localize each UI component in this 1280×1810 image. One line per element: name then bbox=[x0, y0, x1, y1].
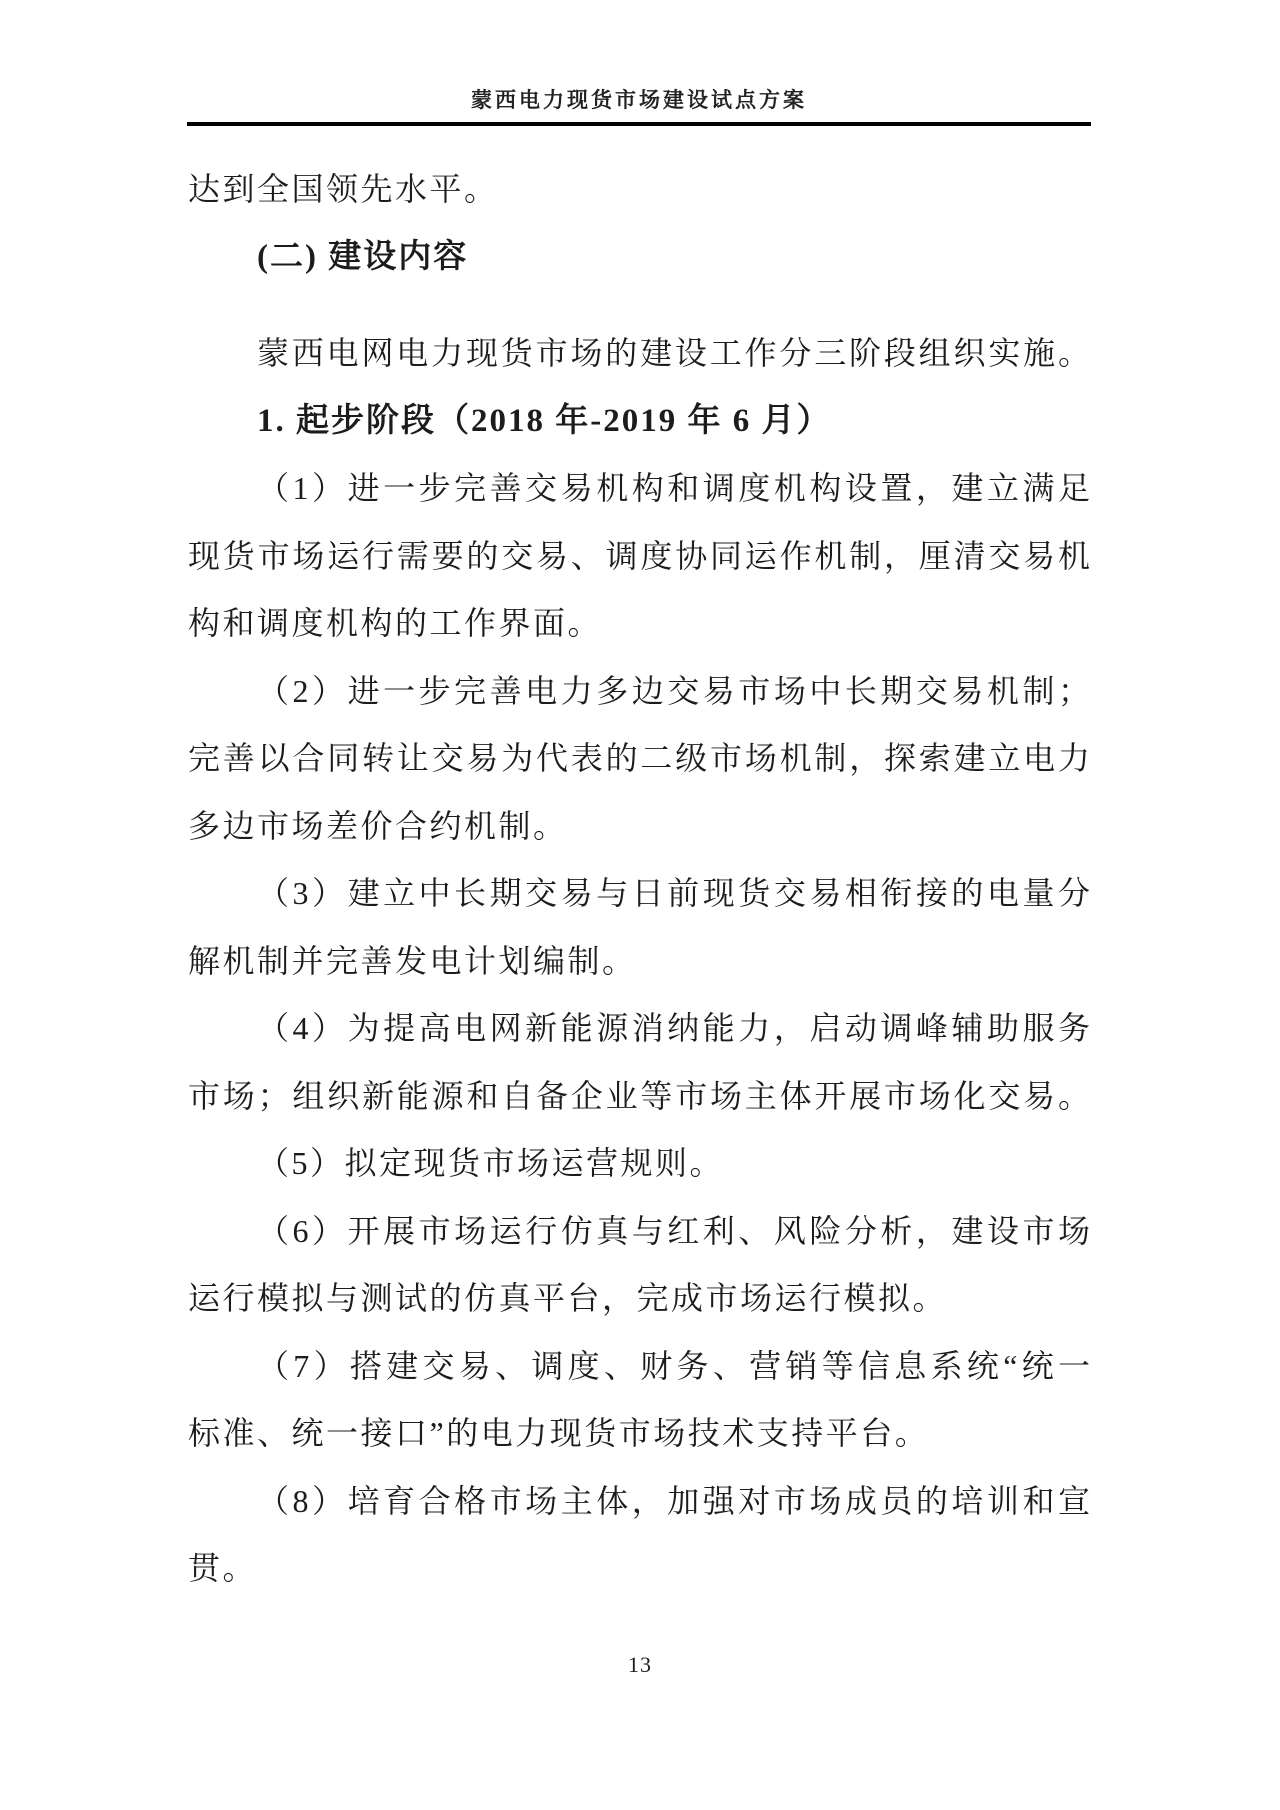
text-line: 贯。 bbox=[188, 1535, 1090, 1603]
text-line: 达到全国领先水平。 bbox=[188, 156, 1090, 224]
text-line: 完善以合同转让交易为代表的二级市场机制，探索建立电力 bbox=[188, 725, 1090, 793]
text-line: 蒙西电网电力现货市场的建设工作分三阶段组织实施。 bbox=[188, 320, 1090, 388]
page-number: 13 bbox=[628, 1652, 652, 1677]
text-line: （1）进一步完善交易机构和调度机构设置，建立满足 bbox=[188, 455, 1090, 523]
running-header-title: 蒙西电力现货市场建设试点方案 bbox=[471, 88, 807, 112]
body-paragraph: （1）进一步完善交易机构和调度机构设置，建立满足现货市场运行需要的交易、调度协同… bbox=[188, 455, 1090, 658]
text-line: （4）为提高电网新能源消纳能力，启动调峰辅助服务 bbox=[188, 995, 1090, 1063]
text-line: （5）拟定现货市场运营规则。 bbox=[188, 1130, 1090, 1198]
section-heading: (二) 建设内容 bbox=[188, 224, 1090, 292]
body-paragraph: 达到全国领先水平。 bbox=[188, 156, 1090, 224]
text-line: 市场；组织新能源和自备企业等市场主体开展市场化交易。 bbox=[188, 1063, 1090, 1131]
body-paragraph: （8）培育合格市场主体，加强对市场成员的培训和宣贯。 bbox=[188, 1468, 1090, 1603]
text-line: （3）建立中长期交易与日前现货交易相衔接的电量分 bbox=[188, 860, 1090, 928]
header-rule bbox=[187, 122, 1091, 126]
body-paragraph: （6）开展市场运行仿真与红利、风险分析，建设市场运行模拟与测试的仿真平台，完成市… bbox=[188, 1198, 1090, 1333]
body-paragraph: （2）进一步完善电力多边交易市场中长期交易机制；完善以合同转让交易为代表的二级市… bbox=[188, 658, 1090, 861]
page-footer: 13 bbox=[0, 1652, 1280, 1678]
text-line: （2）进一步完善电力多边交易市场中长期交易机制； bbox=[188, 658, 1090, 726]
text-line: （7）搭建交易、调度、财务、营销等信息系统“统一 bbox=[188, 1333, 1090, 1401]
document-page: 蒙西电力现货市场建设试点方案 达到全国领先水平。(二) 建设内容蒙西电网电力现货… bbox=[0, 0, 1280, 1810]
text-line: 现货市场运行需要的交易、调度协同运作机制，厘清交易机 bbox=[188, 523, 1090, 591]
body-paragraph: （3）建立中长期交易与日前现货交易相衔接的电量分解机制并完善发电计划编制。 bbox=[188, 860, 1090, 995]
text-line: 构和调度机构的工作界面。 bbox=[188, 590, 1090, 658]
body-paragraph: （4）为提高电网新能源消纳能力，启动调峰辅助服务市场；组织新能源和自备企业等市场… bbox=[188, 995, 1090, 1130]
body-paragraph: （7）搭建交易、调度、财务、营销等信息系统“统一标准、统一接口”的电力现货市场技… bbox=[188, 1333, 1090, 1468]
text-line: 运行模拟与测试的仿真平台，完成市场运行模拟。 bbox=[188, 1265, 1090, 1333]
subsection-heading: 1. 起步阶段（2018 年-2019 年 6 月） bbox=[188, 388, 1090, 456]
text-line: 标准、统一接口”的电力现货市场技术支持平台。 bbox=[188, 1400, 1090, 1468]
document-body: 达到全国领先水平。(二) 建设内容蒙西电网电力现货市场的建设工作分三阶段组织实施… bbox=[188, 156, 1090, 1603]
text-line: (二) 建设内容 bbox=[188, 224, 1090, 292]
body-paragraph: 蒙西电网电力现货市场的建设工作分三阶段组织实施。 bbox=[188, 320, 1090, 388]
text-line: 1. 起步阶段（2018 年-2019 年 6 月） bbox=[188, 388, 1090, 456]
text-line: 多边市场差价合约机制。 bbox=[188, 793, 1090, 861]
text-line: （8）培育合格市场主体，加强对市场成员的培训和宣 bbox=[188, 1468, 1090, 1536]
text-line: 解机制并完善发电计划编制。 bbox=[188, 928, 1090, 996]
body-paragraph: （5）拟定现货市场运营规则。 bbox=[188, 1130, 1090, 1198]
text-line: （6）开展市场运行仿真与红利、风险分析，建设市场 bbox=[188, 1198, 1090, 1266]
running-header: 蒙西电力现货市场建设试点方案 bbox=[188, 84, 1090, 114]
